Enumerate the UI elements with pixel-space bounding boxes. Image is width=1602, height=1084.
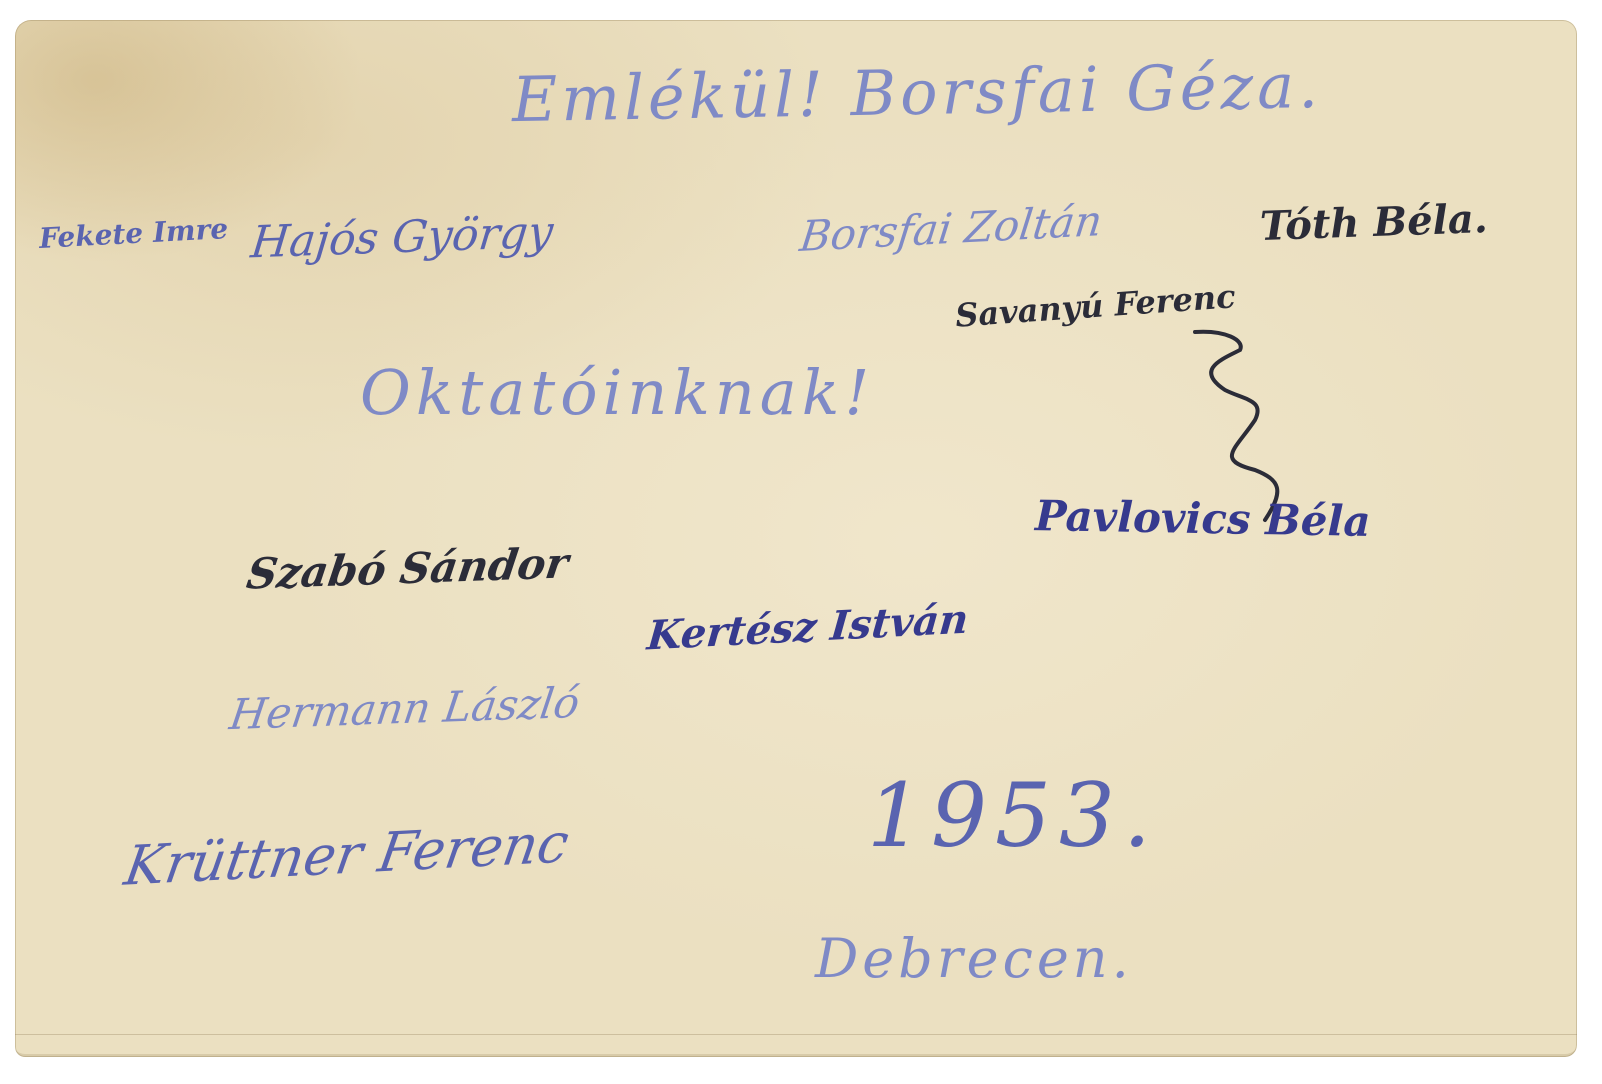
postcard-back: Emlékül! Borsfai Géza. Fekete Imre Hajós… [15,20,1577,1057]
signature-kruttner: Krüttner Ferenc [121,816,572,894]
place-debrecen: Debrecen. [815,932,1133,986]
signature-hajos-gyorgy: Hajós György [249,211,555,266]
signature-kertesz-istvan: Kertész István [645,599,970,656]
signature-fekete-imre: Fekete Imre [38,215,228,253]
dedication-oktatoinknak: Oktatóinknak! [360,362,874,424]
signature-toth-bela: Tóth Béla. [1259,199,1488,247]
year-1953: 1953. [867,772,1159,860]
signature-szabo-sandor: Szabó Sándor [244,542,571,595]
signature-borsfai-zoltan: Borsfai Zoltán [798,200,1105,258]
signature-hermann-laszlo: Hermann László [227,682,582,736]
dedication-emlekul: Emlékül! Borsfai Géza. [512,55,1323,131]
signature-pavlovics-bela: Pavlovics Béla [1035,495,1371,543]
